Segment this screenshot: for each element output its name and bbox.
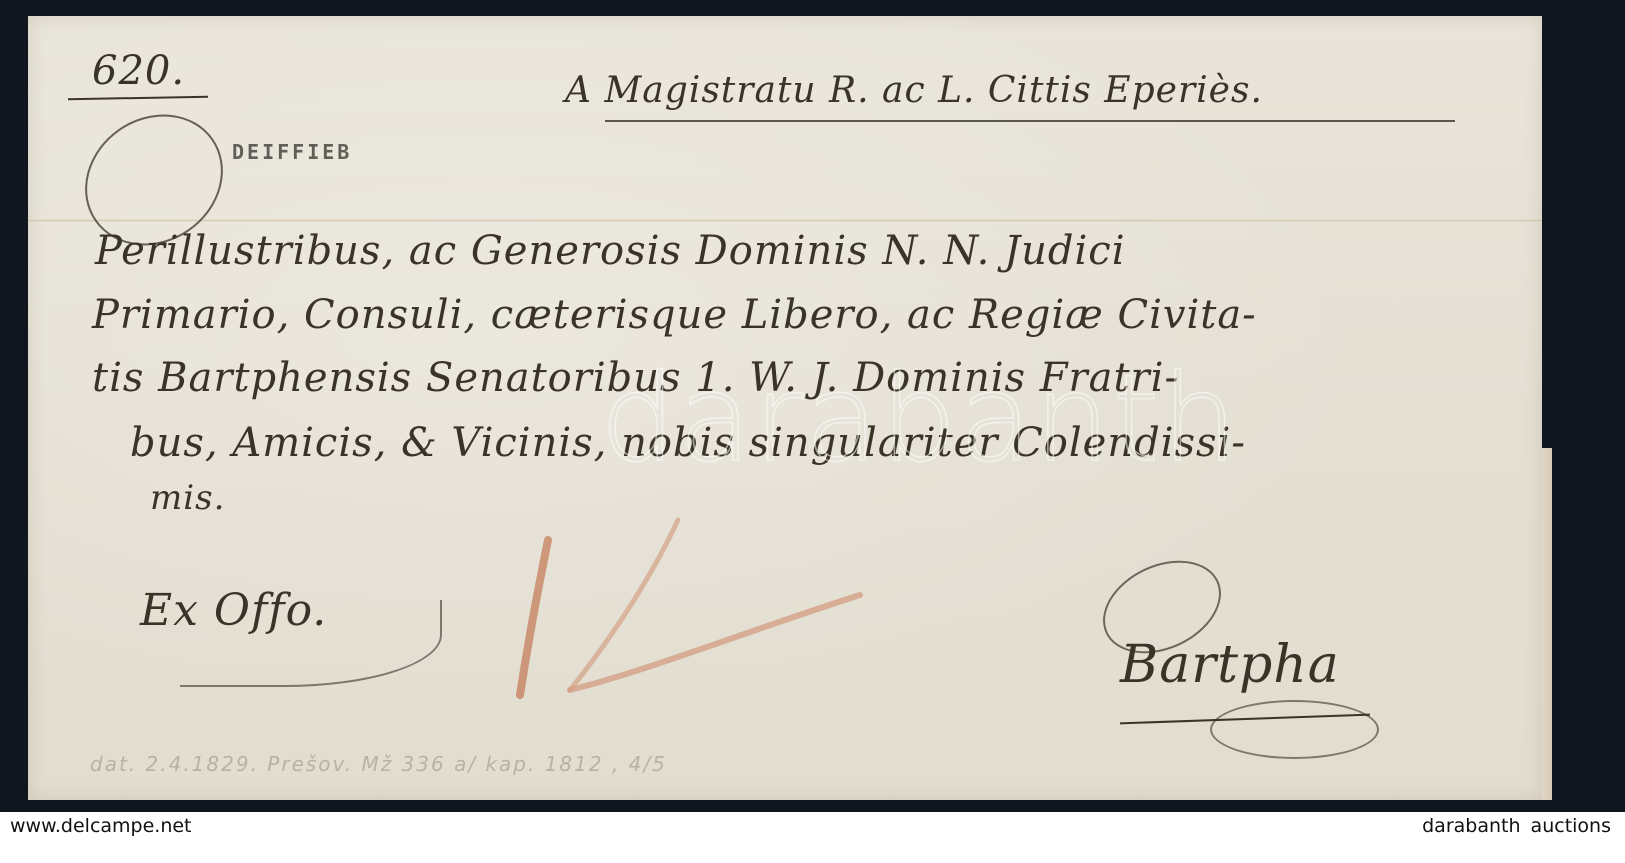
address-line-2: Primario, Consuli, cæterisque Libero, ac… <box>92 292 1257 338</box>
address-line-5: mis. <box>150 478 225 518</box>
sender-underline <box>605 120 1455 122</box>
caption-bar <box>0 812 1625 863</box>
paper-flap-edge <box>1542 448 1552 800</box>
pencil-note: dat. 2.4.1829. Prešov. Mž 336 a/ kap. 18… <box>90 752 667 776</box>
destination-town: Bartpha <box>1120 635 1340 695</box>
watermark: darabanth <box>600 350 1239 489</box>
postmark-stamp: DEIFFIEB <box>232 140 352 164</box>
address-line-1: Perillustribus, ac Generosis Dominis N. … <box>95 228 1125 274</box>
caption-right: darabanth auctions <box>1422 815 1611 837</box>
destination-loop <box>1210 700 1379 759</box>
caption-left: www.delcampe.net <box>10 815 192 837</box>
red-crayon-mark-icon <box>500 510 880 710</box>
reference-number: 620. <box>92 48 185 94</box>
sender-line: A Magistratu R. ac L. Cittis Eperiès. <box>565 70 1263 111</box>
fold-crease <box>28 219 1542 222</box>
